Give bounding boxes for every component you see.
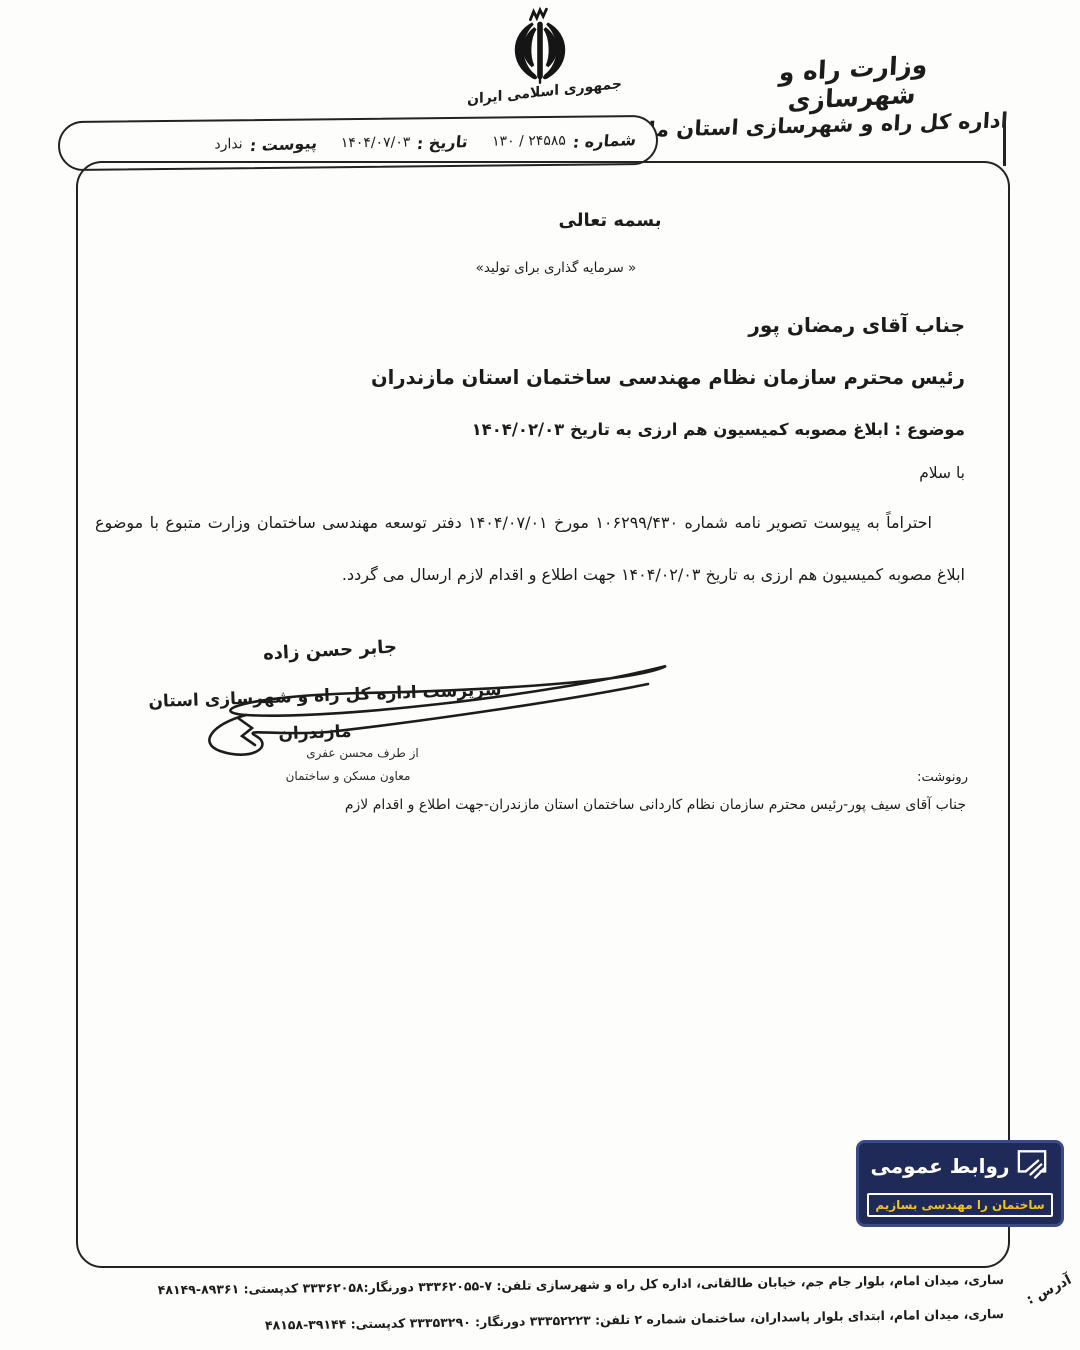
letter-body: احتراماً به پیوست تصویر نامه شماره ۱۰۶۲۹… <box>95 497 965 601</box>
letter-date-field: تاریخ : ۱۴۰۴/۰۷/۰۳ <box>341 132 469 152</box>
scanned-letter-page: جمهوری اسلامی ایران وزارت راه و شهرسازی … <box>0 0 1080 1350</box>
attachment-field: پیوست : ندارد <box>214 134 317 154</box>
badge-title: روابط عمومی <box>871 1154 1010 1178</box>
body-line-1: احتراماً به پیوست تصویر نامه شماره ۱۰۶۲۹… <box>95 497 965 549</box>
department-title: اداره کل راه و شهرسازی استان مازندران <box>649 108 1008 141</box>
handshake-logo-icon <box>1015 1148 1049 1184</box>
number-label: شماره : <box>572 129 637 151</box>
recipient-name: جناب آقای رمضان پور <box>748 313 965 337</box>
address-line-1: ساری، میدان امام، بلوار جام جم، خیابان ط… <box>8 1272 1004 1299</box>
attachment-label: پیوست : <box>249 133 318 155</box>
letter-frame-right-edge <box>1003 112 1006 166</box>
address-label: آدرس : <box>1008 1272 1074 1316</box>
year-slogan-text: « سرمایه گذاری برای تولید» <box>446 260 666 276</box>
public-relations-badge: روابط عمومی ساختمان را مهندسی بسازیم <box>856 1140 1064 1227</box>
on-behalf-note: از طرف محسن عفری <box>255 746 470 760</box>
on-behalf-title: معاون مسکن و ساختمان <box>248 769 448 783</box>
attachment-value: ندارد <box>214 136 242 152</box>
letter-number-field: شماره : ۲۴۵۸۵ / ۱۳۰ <box>492 131 636 152</box>
number-value: ۲۴۵۸۵ / ۱۳۰ <box>492 133 566 150</box>
cc-label: رونوشت: <box>917 770 968 785</box>
body-line-2: ابلاغ مصوبه کمیسیون هم ارزی به تاریخ ۱۴۰… <box>95 549 965 601</box>
badge-tagline: ساختمان را مهندسی بسازیم <box>867 1193 1053 1217</box>
date-label: تاریخ : <box>416 131 469 152</box>
badge-header: روابط عمومی <box>867 1148 1053 1184</box>
address-line-2: ساری، میدان امام، ابتدای بلوار پاسداران،… <box>120 1306 1004 1335</box>
date-value: ۱۴۰۴/۰۷/۰۳ <box>341 134 411 151</box>
salutation-text: با سلام <box>919 464 965 482</box>
besmellah-text: بسمه تعالی <box>505 210 715 231</box>
cc-recipient-line: جناب آقای سیف پور-رئیس محترم سازمان نظام… <box>345 797 966 813</box>
subject-line: موضوع : ابلاغ مصوبه کمیسیون هم ارزی به ت… <box>472 420 965 439</box>
iran-emblem-icon <box>487 6 593 86</box>
recipient-title: رئیس محترم سازمان نظام مهندسی ساختمان اس… <box>371 366 965 389</box>
ministry-title: وزارت راه و شهرسازی <box>714 47 992 120</box>
